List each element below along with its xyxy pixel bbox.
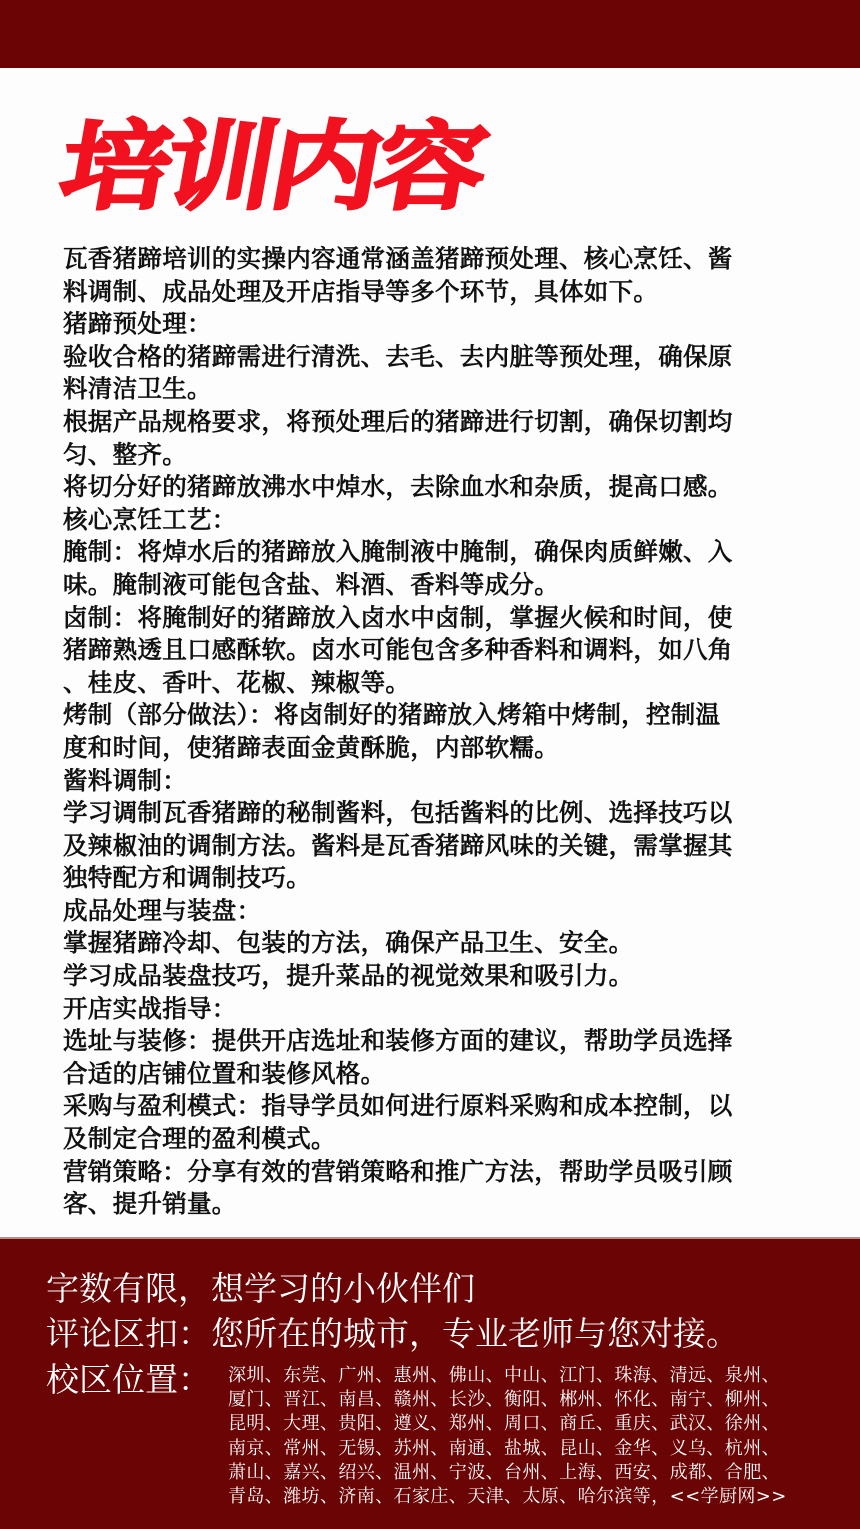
content-line: 烤制（部分做法）：将卤制好的猪蹄放入烤箱中烤制，控制温 <box>63 699 803 732</box>
section-heading-pretreatment: 猪蹄预处理： <box>63 308 803 341</box>
footer-banner: 字数有限，想学习的小伙伴们 评论区扣：您所在的城市，专业老师与您对接。 校区位置… <box>0 1237 860 1529</box>
cta-line-comment-city: 评论区扣：您所在的城市，专业老师与您对接。 <box>46 1314 739 1354</box>
content-line: 采购与盈利模式：指导学员如何进行原料采购和成本控制，以 <box>63 1090 803 1123</box>
content-line: 学习成品装盘技巧，提升菜品的视觉效果和吸引力。 <box>63 960 803 993</box>
section-heading-store-guidance: 开店实战指导： <box>63 993 803 1026</box>
city-line: 深圳、东莞、广州、惠州、佛山、中山、江门、珠海、清远、泉州、 <box>228 1364 848 1388</box>
section-heading-cooking: 核心烹饪工艺： <box>63 504 803 537</box>
content-line: 将切分好的猪蹄放沸水中焯水，去除血水和杂质，提高口感。 <box>63 471 803 504</box>
campus-label: 校区位置： <box>46 1360 211 1400</box>
section-heading-plating: 成品处理与装盘： <box>63 895 803 928</box>
content-line: 匀、整齐。 <box>63 439 803 472</box>
content-line: 独特配方和调制技巧。 <box>63 862 803 895</box>
content-line: 及辣椒油的调制方法。酱料是瓦香猪蹄风味的关键，需掌握其 <box>63 830 803 863</box>
content-line: 合适的店铺位置和装修风格。 <box>63 1058 803 1091</box>
cta-line-limited-words: 字数有限，想学习的小伙伴们 <box>46 1269 475 1309</box>
page-title: 培训内容 <box>52 112 491 222</box>
content-line: 腌制：将焯水后的猪蹄放入腌制液中腌制，确保肉质鲜嫩、入 <box>63 536 803 569</box>
content-line: 猪蹄熟透且口感酥软。卤水可能包含多种香料和调料，如八角 <box>63 634 803 667</box>
content-line: 瓦香猪蹄培训的实操内容通常涵盖猪蹄预处理、核心烹饪、酱 <box>63 243 803 276</box>
content-line: 客、提升销量。 <box>63 1188 803 1221</box>
campus-city-list: 深圳、东莞、广州、惠州、佛山、中山、江门、珠海、清远、泉州、 厦门、晋江、南昌、… <box>228 1364 848 1509</box>
content-line: 味。腌制液可能包含盐、料酒、香料等成分。 <box>63 569 803 602</box>
city-line: 昆明、大理、贵阳、遵义、郑州、周口、商丘、重庆、武汉、徐州、 <box>228 1412 848 1436</box>
city-line: 厦门、晋江、南昌、赣州、长沙、衡阳、郴州、怀化、南宁、柳州、 <box>228 1388 848 1412</box>
top-banner <box>0 0 860 68</box>
city-line: 南京、常州、无锡、苏州、南通、盐城、昆山、金华、义乌、杭州、 <box>228 1437 848 1461</box>
content-line: 料清洁卫生。 <box>63 373 803 406</box>
content-line: 根据产品规格要求，将预处理后的猪蹄进行切割，确保切割均 <box>63 406 803 439</box>
content-line: 料调制、成品处理及开店指导等多个环节，具体如下。 <box>63 276 803 309</box>
city-line: 青岛、潍坊、济南、石家庄、天津、太原、哈尔滨等，<<学厨网>> <box>228 1485 848 1509</box>
content-line: 学习调制瓦香猪蹄的秘制酱料，包括酱料的比例、选择技巧以 <box>63 797 803 830</box>
content-line: 、桂皮、香叶、花椒、辣椒等。 <box>63 667 803 700</box>
content-line: 营销策略：分享有效的营销策略和推广方法，帮助学员吸引顾 <box>63 1156 803 1189</box>
section-heading-sauce: 酱料调制： <box>63 765 803 798</box>
content-line: 度和时间，使猪蹄表面金黄酥脆，内部软糯。 <box>63 732 803 765</box>
training-content: 瓦香猪蹄培训的实操内容通常涵盖猪蹄预处理、核心烹饪、酱 料调制、成品处理及开店指… <box>63 243 803 1221</box>
content-line: 选址与装修：提供开店选址和装修方面的建议，帮助学员选择 <box>63 1025 803 1058</box>
content-line: 验收合格的猪蹄需进行清洗、去毛、去内脏等预处理，确保原 <box>63 341 803 374</box>
content-line: 及制定合理的盈利模式。 <box>63 1123 803 1156</box>
content-line: 掌握猪蹄冷却、包装的方法，确保产品卫生、安全。 <box>63 927 803 960</box>
city-line: 萧山、嘉兴、绍兴、温州、宁波、台州、上海、西安、成都、合肥、 <box>228 1461 848 1485</box>
content-line: 卤制：将腌制好的猪蹄放入卤水中卤制，掌握火候和时间，使 <box>63 602 803 635</box>
